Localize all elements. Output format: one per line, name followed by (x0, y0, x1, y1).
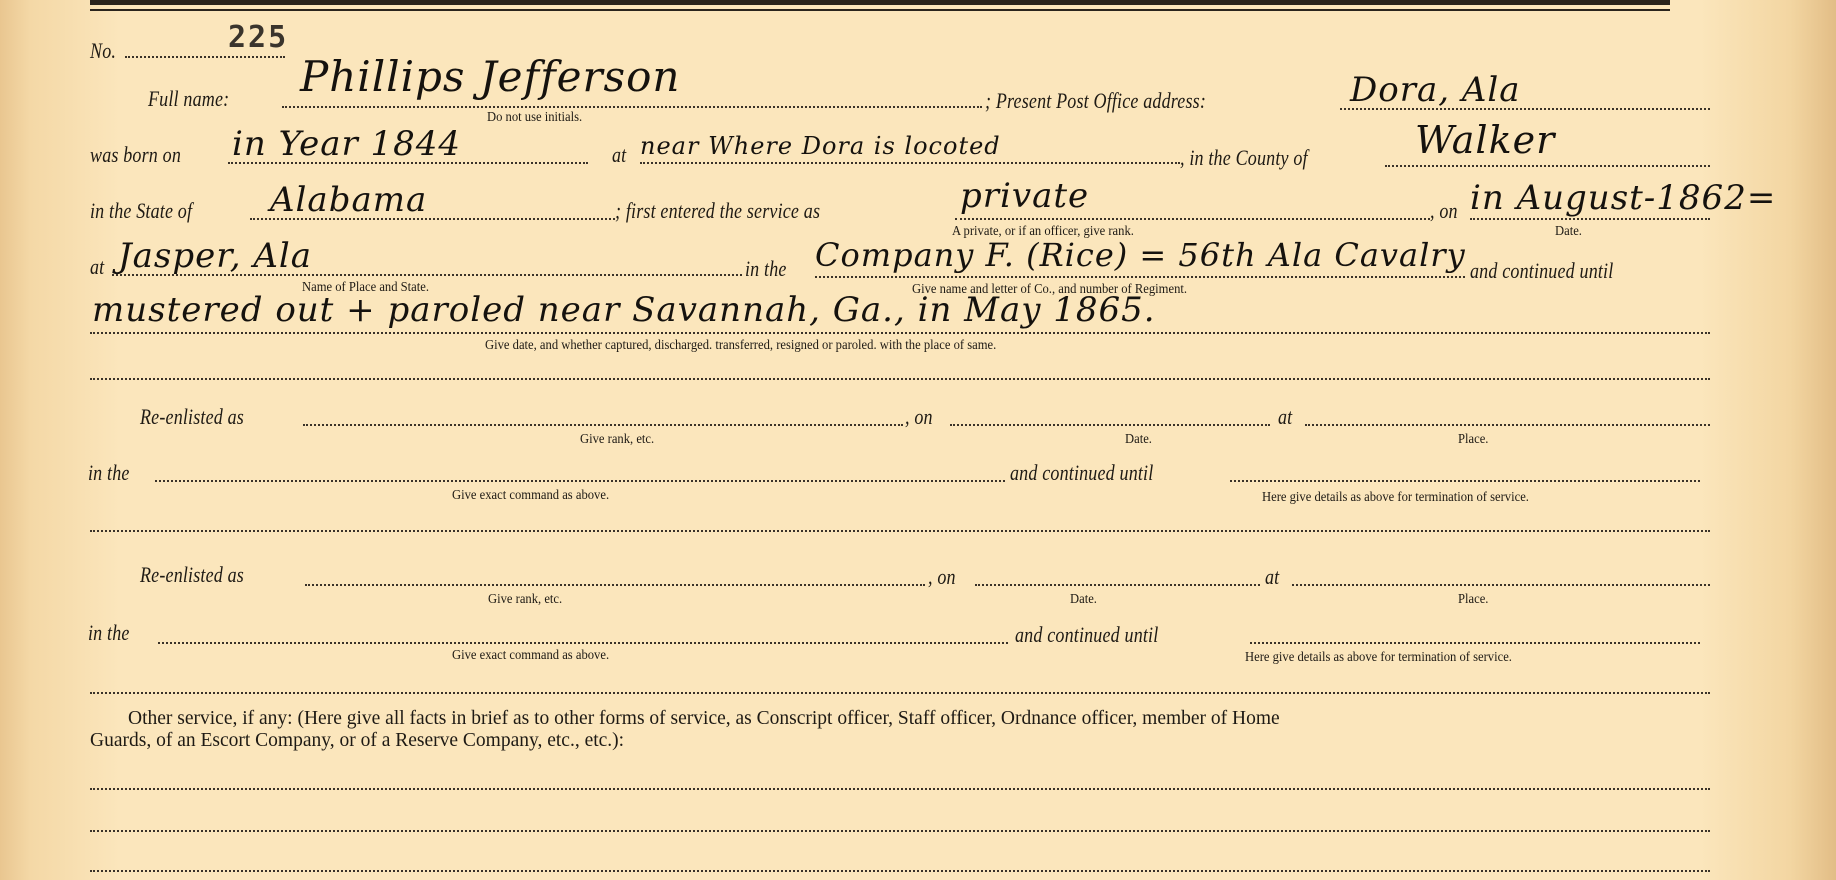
born-at-label: at (612, 142, 626, 168)
born-on-label: was born on (90, 142, 181, 168)
reenlist-rank-line-1[interactable] (303, 424, 903, 426)
other-service-line-c[interactable] (90, 870, 1710, 872)
reenlist-in-the-label-1: in the (88, 460, 130, 486)
no-label: No. (90, 38, 116, 64)
reenlist-termination-line-2[interactable] (1250, 642, 1700, 644)
reenlist-rank-hint-2: Give rank, etc. (488, 592, 562, 608)
reenlisted-label-2: Re-enlisted as (140, 562, 244, 588)
termination-value: mustered out + paroled near Savannah, Ga… (92, 290, 1156, 330)
reenlist-command-line-1[interactable] (155, 480, 1005, 482)
reenlist-termination-hint-2: Here give details as above for terminati… (1245, 650, 1512, 666)
company-value: Company F. (Rice) = 56th Ala Cavalry (815, 236, 1466, 274)
reenlist-place-line-1[interactable] (1305, 424, 1710, 426)
entered-service-label: ; first entered the service as (615, 198, 820, 224)
reenlist-at-label-1: at (1278, 404, 1292, 430)
reenlist-date-line-1[interactable] (950, 424, 1270, 426)
reenlist-command-hint-1: Give exact command as above. (452, 488, 609, 504)
birth-place-value: near Where Dora is locoted (640, 132, 1001, 160)
other-service-line-2: Guards, of an Escort Company, or of a Re… (90, 730, 1720, 752)
reenlist-date-line-2[interactable] (975, 584, 1260, 586)
service-record-form: No. 225 Full name: Phillips Jefferson Do… (0, 0, 1836, 880)
termination-hint: Give date, and whether captured, dischar… (485, 338, 996, 354)
other-service-line-a[interactable] (90, 788, 1710, 790)
termination-line-2[interactable] (90, 378, 1710, 380)
top-rule (90, 0, 1670, 5)
entry-date-label: , on (1430, 198, 1458, 224)
other-service-line-b[interactable] (90, 830, 1710, 832)
reenlist-place-line-2[interactable] (1292, 584, 1710, 586)
county-value: Walker (1415, 118, 1555, 162)
reenlist-date-hint-1: Date. (1125, 432, 1152, 448)
county-line[interactable] (1385, 165, 1710, 167)
reenlist-date-hint-2: Date. (1070, 592, 1097, 608)
entry-date-value: in August-1862= (1470, 178, 1776, 218)
reenlist-in-the-label-2: in the (88, 620, 130, 646)
other-service-line-1: Other service, if any: (Here give all fa… (90, 708, 1720, 730)
state-label: in the State of (90, 198, 192, 224)
company-in-the-label: in the (745, 256, 787, 282)
reenlist-place-hint-2: Place. (1458, 592, 1488, 608)
company-line[interactable] (815, 276, 1465, 278)
reenlist-place-hint-1: Place. (1458, 432, 1488, 448)
reenlist-divider-1 (90, 530, 1710, 532)
reenlist-termination-hint-1: Here give details as above for terminati… (1262, 490, 1529, 506)
no-line (125, 56, 285, 58)
rank-line[interactable] (955, 218, 1430, 220)
top-rule-thin (90, 9, 1670, 11)
entry-place-value: Jasper, Ala (118, 236, 312, 276)
county-label: , in the County of (1180, 145, 1308, 171)
other-service-instructions: Other service, if any: (Here give all fa… (90, 708, 1720, 752)
post-office-label: ; Present Post Office address: (985, 88, 1206, 114)
reenlist-continued-label-1: and continued until (1010, 460, 1153, 486)
termination-line[interactable] (90, 332, 1710, 334)
state-value: Alabama (270, 180, 427, 220)
entry-date-line[interactable] (1470, 218, 1710, 220)
reenlist-termination-line-1[interactable] (1230, 480, 1700, 482)
reenlisted-label-1: Re-enlisted as (140, 404, 244, 430)
rank-value: private (960, 176, 1089, 216)
reenlist-command-line-2[interactable] (158, 642, 1008, 644)
record-number: 225 (228, 20, 288, 55)
full-name-value: Phillips Jefferson (300, 52, 680, 101)
reenlist-rank-line-2[interactable] (305, 584, 925, 586)
full-name-hint: Do not use initials. (487, 110, 582, 126)
birth-place-line[interactable] (640, 162, 1180, 164)
reenlist-on-label-2: , on (928, 564, 956, 590)
full-name-label: Full name: (148, 86, 229, 112)
entry-at-label: at (90, 254, 104, 280)
post-office-value: Dora, Ala (1350, 70, 1521, 110)
reenlist-on-label-1: , on (905, 404, 933, 430)
reenlist-command-hint-2: Give exact command as above. (452, 648, 609, 664)
reenlist-at-label-2: at (1265, 564, 1279, 590)
continued-until-label: and continued until (1470, 258, 1613, 284)
entry-date-hint: Date. (1555, 224, 1582, 240)
full-name-line[interactable] (282, 106, 982, 108)
reenlist-continued-label-2: and continued until (1015, 622, 1158, 648)
reenlist-rank-hint-1: Give rank, etc. (580, 432, 654, 448)
reenlist-divider-2 (90, 692, 1710, 694)
birth-date-value: in Year 1844 (232, 124, 461, 164)
